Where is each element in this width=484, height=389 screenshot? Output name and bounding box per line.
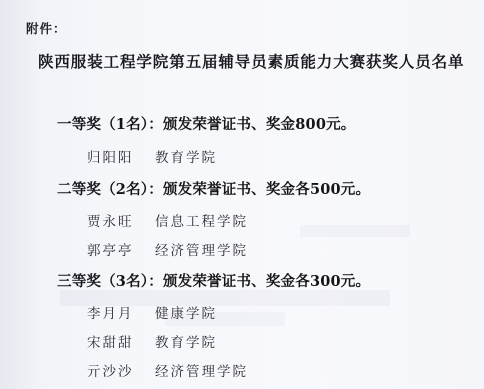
winner-row: 贾永旺信息工程学院 <box>87 210 248 230</box>
winner-row: 李月月健康学院 <box>87 302 217 322</box>
third-prize-heading: 三等奖（3名）：颁发荣誉证书、奖金各300元。 <box>57 270 370 291</box>
second-prize-heading: 二等奖（2名）：颁发荣誉证书、奖金各500元。 <box>57 178 370 199</box>
winner-row: 宋甜甜教育学院 <box>87 331 217 351</box>
winner-name: 郭亭亭 <box>87 239 155 259</box>
winner-college: 经济管理学院 <box>155 360 248 380</box>
winner-college: 经济管理学院 <box>155 239 248 259</box>
document-title: 陕西服装工程学院第五届辅导员素质能力大赛获奖人员名单 <box>38 50 464 72</box>
winner-college: 健康学院 <box>155 302 217 322</box>
winner-name: 亓沙沙 <box>87 360 155 380</box>
winner-row: 亓沙沙经济管理学院 <box>87 360 248 380</box>
winner-college: 信息工程学院 <box>155 210 248 230</box>
winner-college: 教育学院 <box>155 331 217 351</box>
winner-row: 郭亭亭经济管理学院 <box>87 239 248 259</box>
winner-name: 李月月 <box>87 302 155 322</box>
winner-name: 宋甜甜 <box>87 331 155 351</box>
attachment-label: 附件： <box>26 19 67 37</box>
reverse-side-bleed-through <box>300 225 410 237</box>
winner-name: 归阳阳 <box>87 146 155 166</box>
winner-row: 归阳阳教育学院 <box>87 146 217 166</box>
first-prize-heading: 一等奖（1名）：颁发荣誉证书、奖金800元。 <box>57 113 356 134</box>
scanned-document-page: 附件： 陕西服装工程学院第五届辅导员素质能力大赛获奖人员名单 一等奖（1名）：颁… <box>0 0 484 389</box>
winner-name: 贾永旺 <box>87 210 155 230</box>
winner-college: 教育学院 <box>155 146 217 166</box>
